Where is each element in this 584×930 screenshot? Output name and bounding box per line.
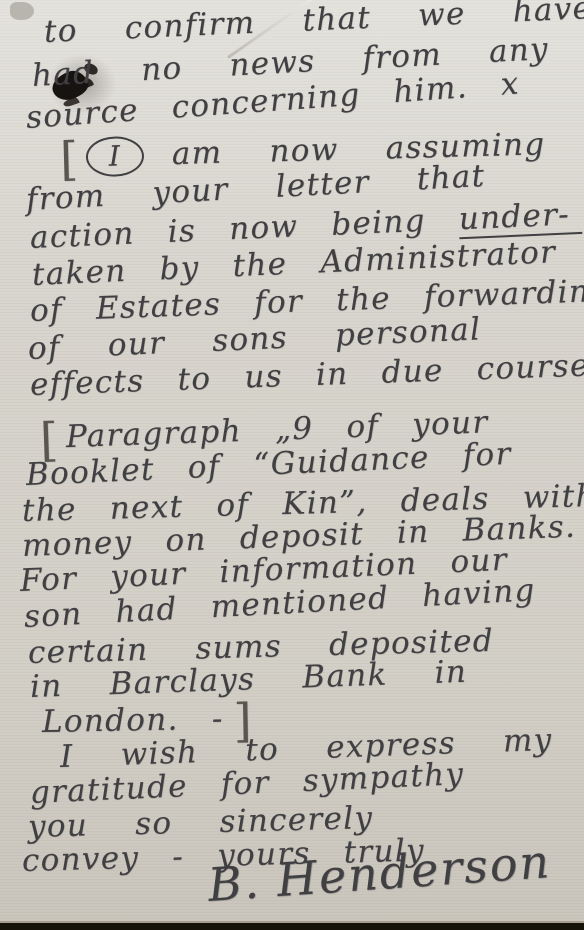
- torn-corner-mark: [10, 2, 34, 20]
- underlined-word: under-: [458, 196, 583, 239]
- circled-initial: I: [85, 136, 144, 178]
- editor-open-bracket: [: [59, 132, 78, 186]
- letter-page: to confirm that we have had no news from…: [0, 0, 584, 930]
- scan-edge: [0, 921, 584, 930]
